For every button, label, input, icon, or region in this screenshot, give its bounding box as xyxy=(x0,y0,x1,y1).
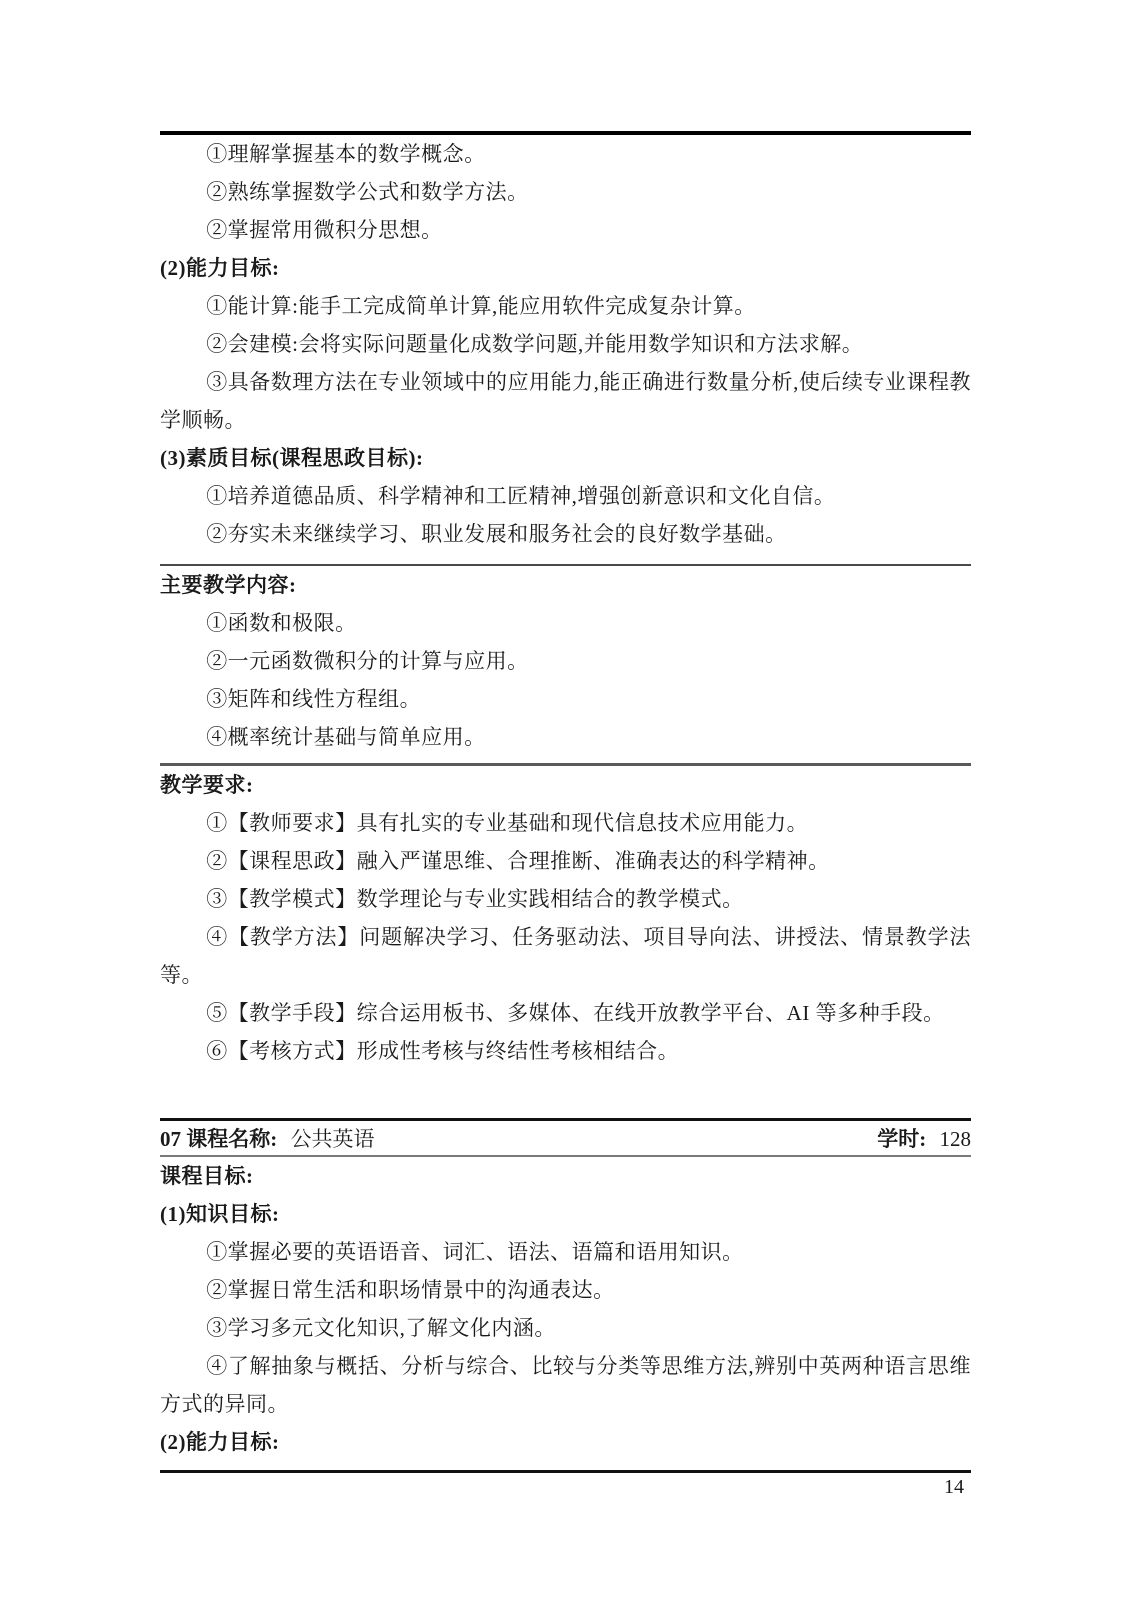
requirement-item: ⑥【考核方式】形成性考核与终结性考核相结合。 xyxy=(160,1032,971,1070)
knowledge-item: ①理解掌握基本的数学概念。 xyxy=(160,135,971,173)
ability-item: ①能计算:能手工完成简单计算,能应用软件完成复杂计算。 xyxy=(160,287,971,325)
course-hours-value: 128 xyxy=(940,1127,972,1151)
requirement-item: ②【课程思政】融入严谨思维、合理推断、准确表达的科学精神。 xyxy=(160,842,971,880)
course-name-value: 公共英语 xyxy=(291,1127,375,1151)
knowledge-item: ②熟练掌握数学公式和数学方法。 xyxy=(160,173,971,211)
course-name-group: 07 课程名称: 公共英语 xyxy=(160,1123,375,1153)
course-hours-group: 学时: 128 xyxy=(877,1123,971,1153)
requirement-item: ⑤【教学手段】综合运用板书、多媒体、在线开放教学平台、AI 等多种手段。 xyxy=(160,994,971,1032)
course-name-label: 课程名称: xyxy=(186,1127,277,1151)
page-number: 14 xyxy=(944,1476,964,1499)
course-hours-label: 学时: xyxy=(877,1127,926,1151)
content-item: ④概率统计基础与简单应用。 xyxy=(160,718,971,756)
quality-goal-heading: (3)素质目标(课程思政目标): xyxy=(160,439,971,477)
knowledge-item: ①掌握必要的英语语音、词汇、语法、语篇和语用知识。 xyxy=(160,1233,971,1271)
requirement-item: ④【教学方法】问题解决学习、任务驱动法、项目导向法、讲授法、情景教学法等。 xyxy=(160,918,971,994)
quality-item: ②夯实未来继续学习、职业发展和服务社会的良好数学基础。 xyxy=(160,515,971,553)
bottom-double-rule xyxy=(160,1470,971,1473)
knowledge-item: ②掌握日常生活和职场情景中的沟通表达。 xyxy=(160,1271,971,1309)
knowledge-item: ②掌握常用微积分思想。 xyxy=(160,211,971,249)
content-item: ①函数和极限。 xyxy=(160,604,971,642)
page-content: ①理解掌握基本的数学概念。 ②熟练掌握数学公式和数学方法。 ②掌握常用微积分思想… xyxy=(160,131,971,1473)
document-page: { "math_course": { "knowledge_items": [ … xyxy=(0,0,1131,1600)
ability-goal-heading: (2)能力目标: xyxy=(160,249,971,287)
knowledge-goal-heading: (1)知识目标: xyxy=(160,1195,971,1233)
ability-goal-heading: (2)能力目标: xyxy=(160,1423,971,1461)
knowledge-item: ④了解抽象与概括、分析与综合、比较与分类等思维方法,辨别中英两种语言思维方式的异… xyxy=(160,1347,971,1423)
knowledge-item: ③学习多元文化知识,了解文化内涵。 xyxy=(160,1309,971,1347)
requirement-item: ①【教师要求】具有扎实的专业基础和现代信息技术应用能力。 xyxy=(160,804,971,842)
ability-item: ②会建模:会将实际问题量化成数学问题,并能用数学知识和方法求解。 xyxy=(160,325,971,363)
content-item: ②一元函数微积分的计算与应用。 xyxy=(160,642,971,680)
requirement-item: ③【教学模式】数学理论与专业实践相结合的教学模式。 xyxy=(160,880,971,918)
course-objectives-heading: 课程目标: xyxy=(160,1157,971,1195)
teaching-content-heading: 主要教学内容: xyxy=(160,566,971,604)
teaching-requirement-heading: 教学要求: xyxy=(160,766,971,804)
quality-item: ①培养道德品质、科学精神和工匠精神,增强创新意识和文化自信。 xyxy=(160,477,971,515)
content-item: ③矩阵和线性方程组。 xyxy=(160,680,971,718)
course-header-row: 07 课程名称: 公共英语 学时: 128 xyxy=(160,1121,971,1155)
course-number: 07 xyxy=(160,1127,181,1151)
ability-item: ③具备数理方法在专业领域中的应用能力,能正确进行数量分析,使后续专业课程教学顺畅… xyxy=(160,363,971,439)
